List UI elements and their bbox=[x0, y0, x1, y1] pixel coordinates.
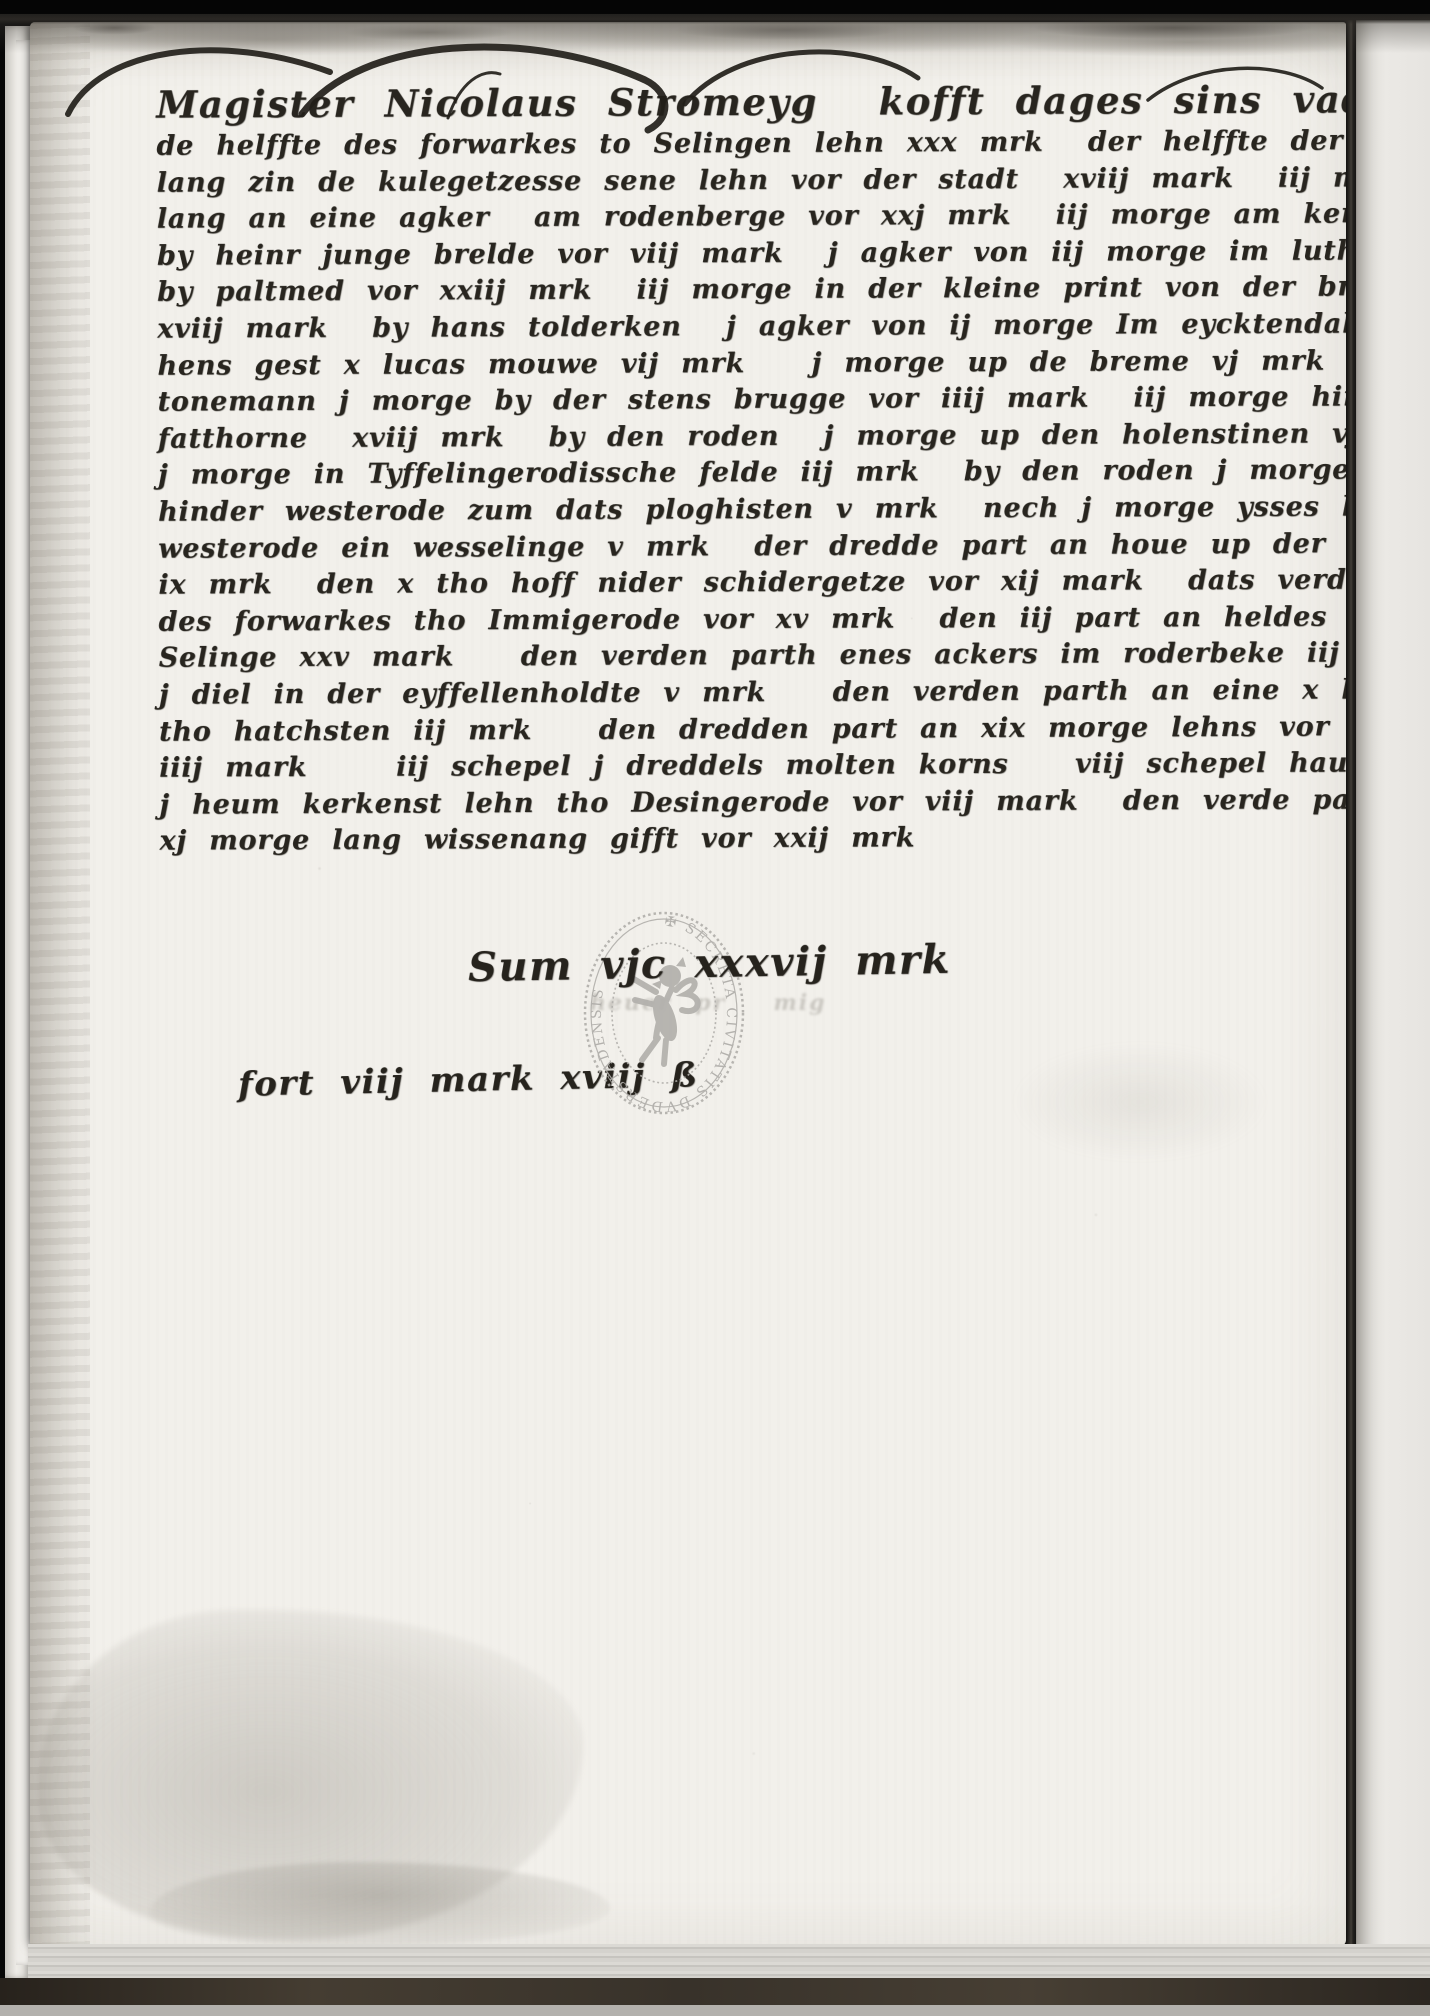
water-stain-edge bbox=[150, 1862, 610, 1946]
manuscript-line: hinder westerode zum dats ploghisten v m… bbox=[158, 489, 1346, 531]
manuscript-page: ✠ SECRETA CIVITATIS DVDERSTADENSIS Magis… bbox=[30, 22, 1346, 1946]
manuscript-line: j heum kerkenst lehn tho Desingerode vor… bbox=[159, 782, 1346, 824]
next-page-surface bbox=[1356, 20, 1430, 1968]
manuscript-line: by paltmed vor xxiij mrk iij morge in de… bbox=[157, 270, 1346, 312]
scanned-manuscript-photo: ✠ SECRETA CIVITATIS DVDERSTADENSIS Magis… bbox=[0, 0, 1430, 2016]
manuscript-line: iiij mark iij schepel j dreddels molten … bbox=[159, 745, 1346, 787]
manuscript-line: lang zin de kulegetzesse sene lehn vor d… bbox=[157, 160, 1346, 202]
manuscript-line: xj morge lang wissenang gifft vor xxij m… bbox=[159, 819, 1346, 861]
manuscript-line: xviij mark by hans tolderken j agker von… bbox=[157, 306, 1346, 348]
manuscript-line: lang an eine agker am rodenberge vor xxj… bbox=[157, 197, 1346, 239]
summa-line: Sum vjc xxxvij mrk bbox=[468, 936, 951, 991]
manuscript-line: by heinr junge brelde vor viij mark j ag… bbox=[157, 233, 1346, 275]
manuscript-line: j diel in der eyffellenholdte v mrk den … bbox=[159, 672, 1346, 714]
left-crumpled-edge bbox=[30, 22, 90, 1946]
manuscript-line: des forwarkes tho Immigerode vor xv mrk … bbox=[159, 599, 1346, 641]
page-stack-edges bbox=[28, 1944, 1430, 1980]
book-bottom-edge bbox=[0, 1978, 1430, 2006]
manuscript-line: tho hatchsten iij mrk den dredden part a… bbox=[159, 709, 1346, 751]
manuscript-line: hens gest x lucas mouwe vij mrk j morge … bbox=[157, 343, 1346, 385]
manuscript-line: j morge in Tyffelingerodissche felde iij… bbox=[158, 453, 1346, 495]
manuscript-line: ix mrk den x tho hoff nider schidergetze… bbox=[158, 563, 1346, 605]
manuscript-text-block: Magister Nicolaus Stromeyg kofft dages s… bbox=[156, 77, 1346, 897]
manuscript-line bbox=[160, 855, 1346, 897]
manuscript-line: Selinge xxv mark den verden parth enes a… bbox=[159, 636, 1346, 678]
scan-top-border bbox=[0, 0, 1430, 24]
scan-bottom-strip bbox=[0, 2005, 1430, 2016]
manuscript-line: tonemann j morge by der stens brugge vor… bbox=[158, 380, 1346, 422]
calligraphic-flourishes bbox=[30, 22, 1346, 162]
manuscript-line: fatthorne xviij mrk by den roden j morge… bbox=[158, 416, 1346, 458]
faint-stain bbox=[1010, 1042, 1270, 1162]
manuscript-line: westerode ein wesselinge v mrk der dredd… bbox=[158, 526, 1346, 568]
